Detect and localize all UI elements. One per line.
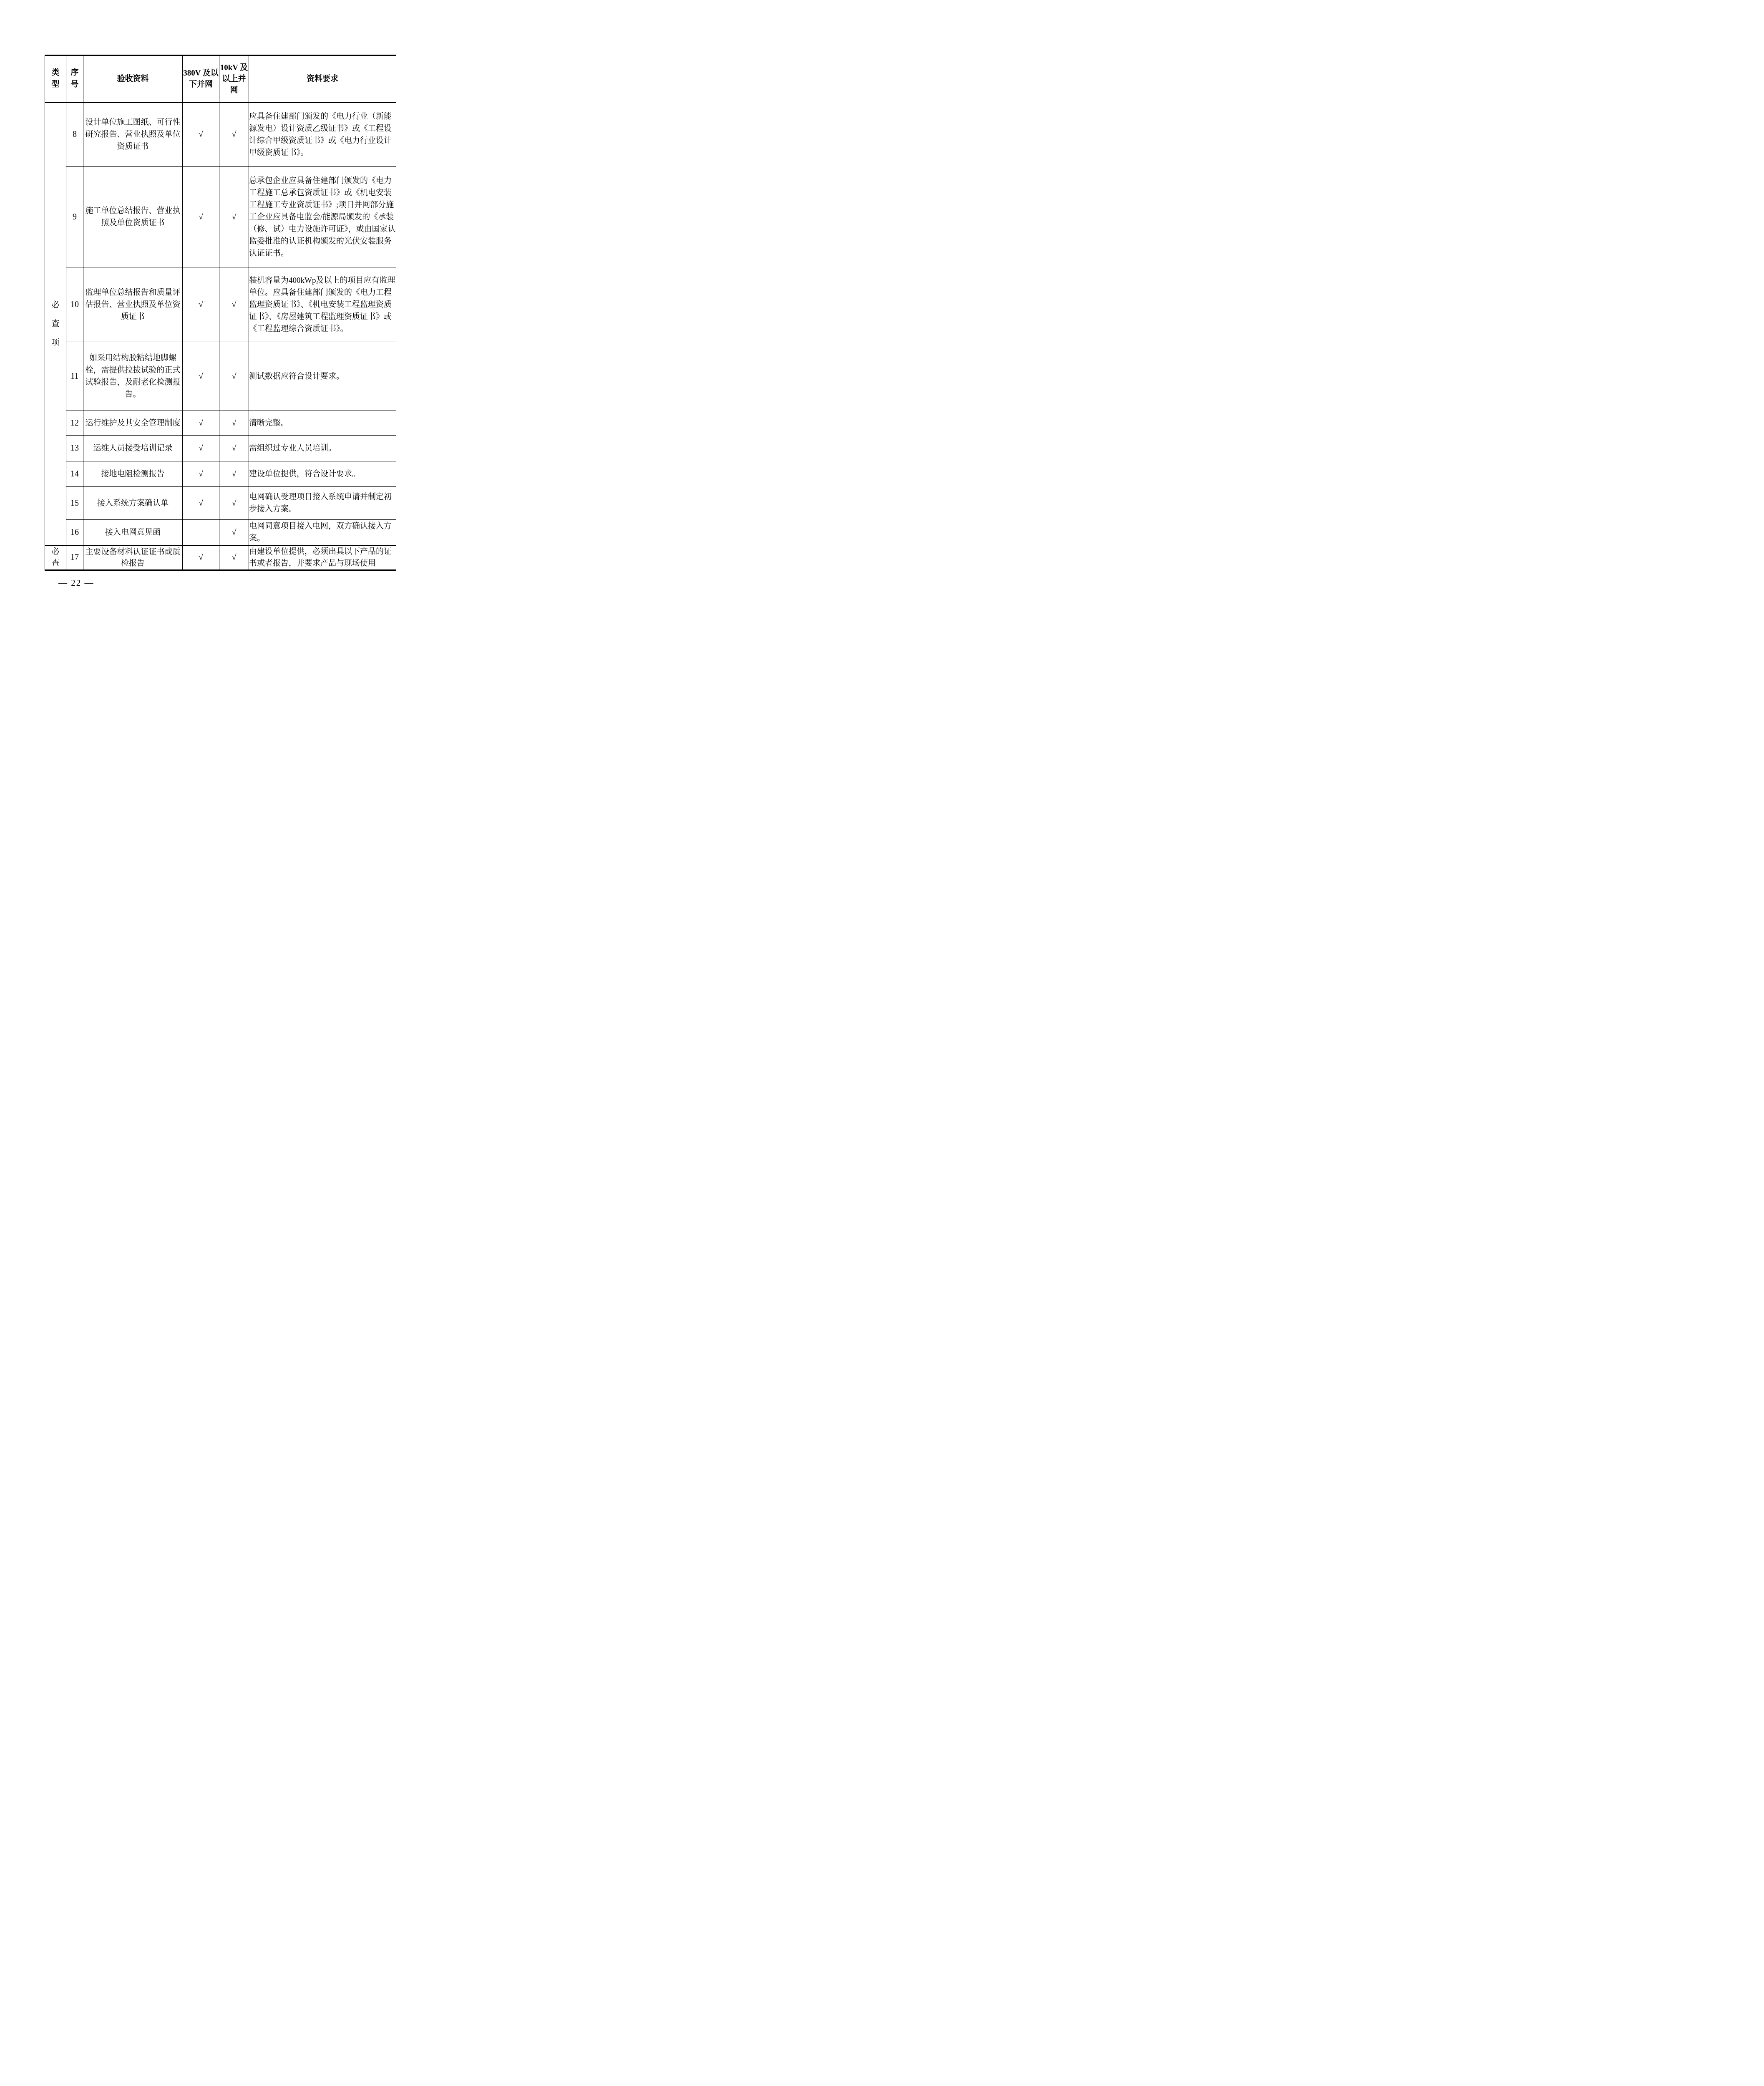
type-cell-section2: 必查 bbox=[45, 546, 66, 570]
material-cell: 运行维护及其安全管理制度 bbox=[83, 411, 183, 436]
requirement-cell: 清晰完整。 bbox=[249, 411, 396, 436]
table-row: 14 接地电阻检测报告 √ √ 建设单位提供，符合设计要求。 bbox=[45, 461, 396, 487]
seq-cell: 13 bbox=[66, 436, 83, 461]
requirement-cell: 应具备住建部门颁发的《电力行业（新能源发电）设计资质乙级证书》或《工程设计综合甲… bbox=[249, 103, 396, 167]
table-row: 10 监理单位总结报告和质量评估报告、营业执照及单位资质证书 √ √ 装机容量为… bbox=[45, 267, 396, 342]
material-cell: 监理单位总结报告和质量评估报告、营业执照及单位资质证书 bbox=[83, 267, 183, 342]
header-type-label: 类型 bbox=[51, 67, 60, 91]
table-row: 必查项 8 设计单位施工图纸、可行性研究报告、营业执照及单位资质证书 √ √ 应… bbox=[45, 103, 396, 167]
check-380-cell: √ bbox=[183, 411, 219, 436]
check-380-cell: √ bbox=[183, 267, 219, 342]
check-10kv-cell: √ bbox=[219, 342, 249, 411]
material-cell: 接入系统方案确认单 bbox=[83, 487, 183, 520]
requirement-cell: 建设单位提供，符合设计要求。 bbox=[249, 461, 396, 487]
header-v10kv: 10kV 及以上并网 bbox=[219, 55, 249, 103]
type-label-section1: 必查项 bbox=[51, 296, 60, 352]
check-10kv-cell: √ bbox=[219, 461, 249, 487]
requirement-cell: 需组织过专业人员培训。 bbox=[249, 436, 396, 461]
header-requirement: 资料要求 bbox=[249, 55, 396, 103]
check-10kv-cell: √ bbox=[219, 267, 249, 342]
requirement-cell: 电网同意项目接入电网，双方确认接入方案。 bbox=[249, 520, 396, 546]
seq-cell: 16 bbox=[66, 520, 83, 546]
seq-cell: 17 bbox=[66, 546, 83, 570]
check-380-cell: √ bbox=[183, 436, 219, 461]
check-10kv-cell: √ bbox=[219, 103, 249, 167]
check-10kv-cell: √ bbox=[219, 411, 249, 436]
requirement-cell: 装机容量为400kWp及以上的项目应有监理单位。应具备住建部门颁发的《电力工程监… bbox=[249, 267, 396, 342]
header-v380: 380V 及以下并网 bbox=[183, 55, 219, 103]
material-cell: 如采用结构胶粘结地脚螺栓，需提供拉拔试验的正式试验报告，及耐老化检测报告。 bbox=[83, 342, 183, 411]
material-cell: 设计单位施工图纸、可行性研究报告、营业执照及单位资质证书 bbox=[83, 103, 183, 167]
seq-cell: 14 bbox=[66, 461, 83, 487]
table-row: 9 施工单位总结报告、营业执照及单位资质证书 √ √ 总承包企业应具备住建部门颁… bbox=[45, 167, 396, 267]
type-cell-section1: 必查项 bbox=[45, 103, 66, 546]
table-row: 15 接入系统方案确认单 √ √ 电网确认受理项目接入系统申请并制定初步接入方案… bbox=[45, 487, 396, 520]
material-cell: 接入电网意见函 bbox=[83, 520, 183, 546]
table-header-row: 类型 序号 验收资料 380V 及以下并网 10kV 及以上并网 资料要求 bbox=[45, 55, 396, 103]
requirement-cell: 由建设单位提供，必须出具以下产品的证书或者报告，并要求产品与现场使用 bbox=[249, 546, 396, 570]
check-10kv-cell: √ bbox=[219, 167, 249, 267]
table-row: 必查 17 主要设备材料认证证书或质检报告 √ √ 由建设单位提供，必须出具以下… bbox=[45, 546, 396, 570]
check-380-cell: √ bbox=[183, 487, 219, 520]
check-380-cell: √ bbox=[183, 167, 219, 267]
header-type: 类型 bbox=[45, 55, 66, 103]
type-label-section2: 必查 bbox=[51, 546, 60, 569]
material-cell: 运维人员接受培训记录 bbox=[83, 436, 183, 461]
check-10kv-cell: √ bbox=[219, 436, 249, 461]
requirement-cell: 电网确认受理项目接入系统申请并制定初步接入方案。 bbox=[249, 487, 396, 520]
seq-cell: 9 bbox=[66, 167, 83, 267]
check-380-cell: √ bbox=[183, 546, 219, 570]
seq-cell: 11 bbox=[66, 342, 83, 411]
table-row: 12 运行维护及其安全管理制度 √ √ 清晰完整。 bbox=[45, 411, 396, 436]
check-10kv-cell: √ bbox=[219, 487, 249, 520]
check-380-cell: √ bbox=[183, 342, 219, 411]
check-380-cell bbox=[183, 520, 219, 546]
check-380-cell: √ bbox=[183, 461, 219, 487]
table-row: 13 运维人员接受培训记录 √ √ 需组织过专业人员培训。 bbox=[45, 436, 396, 461]
seq-cell: 12 bbox=[66, 411, 83, 436]
table-row: 16 接入电网意见函 √ 电网同意项目接入电网，双方确认接入方案。 bbox=[45, 520, 396, 546]
header-seq-label: 序号 bbox=[70, 67, 79, 91]
check-10kv-cell: √ bbox=[219, 546, 249, 570]
header-seq: 序号 bbox=[66, 55, 83, 103]
seq-cell: 10 bbox=[66, 267, 83, 342]
material-cell: 施工单位总结报告、营业执照及单位资质证书 bbox=[83, 167, 183, 267]
requirement-cell: 总承包企业应具备住建部门颁发的《电力工程施工总承包资质证书》或《机电安装工程施工… bbox=[249, 167, 396, 267]
page-number: — 22 — bbox=[58, 578, 94, 588]
table-row: 11 如采用结构胶粘结地脚螺栓，需提供拉拔试验的正式试验报告，及耐老化检测报告。… bbox=[45, 342, 396, 411]
acceptance-table: 类型 序号 验收资料 380V 及以下并网 10kV 及以上并网 资料要求 必查… bbox=[45, 55, 396, 571]
material-cell: 主要设备材料认证证书或质检报告 bbox=[83, 546, 183, 570]
material-cell: 接地电阻检测报告 bbox=[83, 461, 183, 487]
check-10kv-cell: √ bbox=[219, 520, 249, 546]
seq-cell: 15 bbox=[66, 487, 83, 520]
seq-cell: 8 bbox=[66, 103, 83, 167]
document-page: 类型 序号 验收资料 380V 及以下并网 10kV 及以上并网 资料要求 必查… bbox=[0, 0, 441, 624]
requirement-cell: 测试数据应符合设计要求。 bbox=[249, 342, 396, 411]
check-380-cell: √ bbox=[183, 103, 219, 167]
header-material: 验收资料 bbox=[83, 55, 183, 103]
